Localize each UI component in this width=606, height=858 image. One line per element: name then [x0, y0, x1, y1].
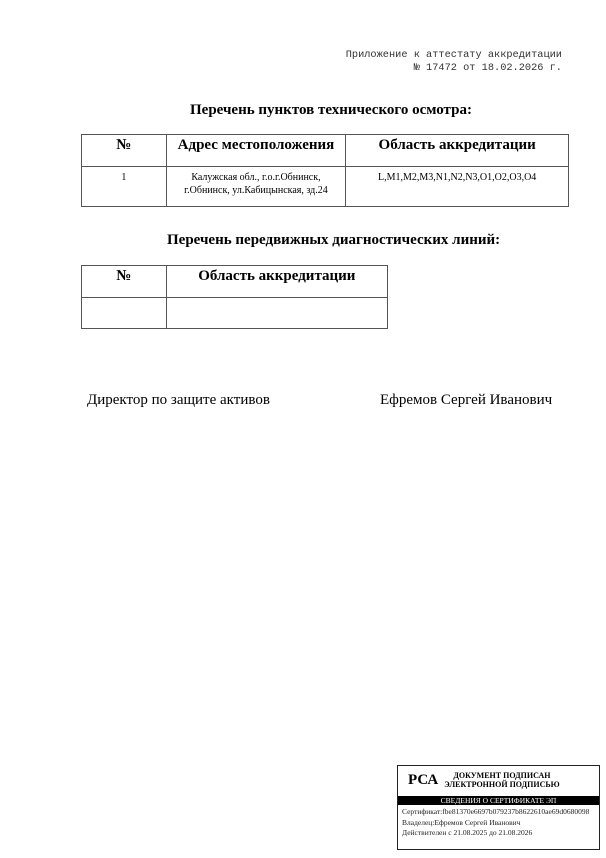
- table-row: 1 Калужская обл., г.о.г.Обнинск, г.Обнин…: [82, 167, 569, 207]
- certificate-owner: Владелец:Ефремов Сергей Иванович: [402, 818, 599, 829]
- certificate-id: Сертификат:fbe81370e6697b079237b8622610a…: [402, 807, 599, 818]
- column-header-scope: Область аккредитации: [166, 266, 387, 298]
- mobile-lines-table: № Область аккредитации: [81, 265, 388, 329]
- stamp-header: РСА ДОКУМЕНТ ПОДПИСАН ЭЛЕКТРОННОЙ ПОДПИС…: [398, 766, 599, 794]
- cell-address: Калужская обл., г.о.г.Обнинск, г.Обнинск…: [166, 167, 346, 207]
- attachment-note-line2: № 17472 от 18.02.2026 г.: [346, 62, 562, 75]
- cell-scope: L,M1,M2,M3,N1,N2,N3,O1,O2,O3,O4: [346, 167, 569, 207]
- electronic-signature-stamp: РСА ДОКУМЕНТ ПОДПИСАН ЭЛЕКТРОННОЙ ПОДПИС…: [397, 765, 600, 850]
- cell-number: [82, 298, 167, 329]
- column-header-address: Адрес местоположения: [166, 135, 346, 167]
- table-row: [82, 298, 388, 329]
- signatory-name: Ефремов Сергей Иванович: [380, 392, 552, 409]
- cell-scope: [166, 298, 387, 329]
- mobile-lines-title: Перечень передвижных диагностических лин…: [167, 232, 500, 249]
- address-line2: г.Обнинск, ул.Кабицынская, зд.24: [167, 184, 346, 197]
- address-line1: Калужская обл., г.о.г.Обнинск,: [167, 171, 346, 184]
- stamp-caption-line2: ЭЛЕКТРОННОЙ ПОДПИСЬЮ: [444, 780, 559, 789]
- attachment-note-line1: Приложение к аттестату аккредитации: [346, 49, 562, 62]
- stamp-caption-line1: ДОКУМЕНТ ПОДПИСАН: [444, 771, 559, 780]
- inspection-points-table: № Адрес местоположения Область аккредита…: [81, 134, 569, 207]
- signatory-role: Директор по защите активов: [87, 392, 270, 409]
- cell-number: 1: [82, 167, 167, 207]
- column-header-number: №: [82, 266, 167, 298]
- certificate-details: Сертификат:fbe81370e6697b079237b8622610a…: [398, 805, 599, 839]
- stamp-caption: ДОКУМЕНТ ПОДПИСАН ЭЛЕКТРОННОЙ ПОДПИСЬЮ: [444, 771, 559, 789]
- column-header-scope: Область аккредитации: [346, 135, 569, 167]
- table-header-row: № Адрес местоположения Область аккредита…: [82, 135, 569, 167]
- rsa-logo: РСА: [408, 772, 438, 789]
- column-header-number: №: [82, 135, 167, 167]
- table-header-row: № Область аккредитации: [82, 266, 388, 298]
- certificate-info-bar: СВЕДЕНИЯ О СЕРТИФИКАТЕ ЭП: [398, 796, 599, 805]
- certificate-validity: Действителен с 21.08.2025 до 21.08.2026: [402, 828, 599, 839]
- attachment-note: Приложение к аттестату аккредитации№ 174…: [346, 49, 562, 75]
- inspection-points-title: Перечень пунктов технического осмотра:: [190, 102, 472, 119]
